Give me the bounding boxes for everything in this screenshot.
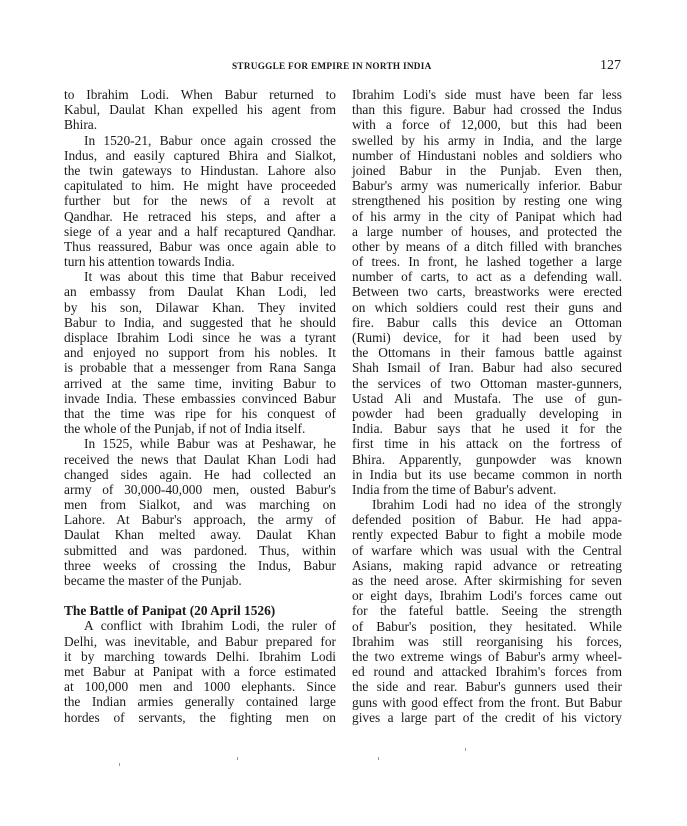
text-line: Ibrahim Lodi's side must have been far l… [352, 87, 622, 102]
text-line: is probable that a messenger from Rana S… [64, 360, 336, 375]
text-line: Ibrahim was still reorganising his force… [352, 634, 622, 649]
text-line: the two extreme wings of Babur's army wh… [352, 649, 622, 664]
text-line: at 100,000 men and 1000 elephants. Since [64, 679, 336, 694]
text-line: Daulat Khan melted away. Daulat Khan [64, 527, 336, 542]
text-line: fire. Babur calls this device an Ottoman [352, 315, 622, 330]
text-line: became the master of the Punjab. [64, 573, 336, 588]
text-line: Delhi, was inevitable, and Babur prepare… [64, 634, 336, 649]
text-line: army of 30,000-40,000 men, ousted Babur'… [64, 482, 336, 497]
scan-speck [465, 748, 466, 751]
text-line: as the need arose. After skirmishing for… [352, 573, 622, 588]
text-line: Asians, making rapid advance or retreati… [352, 558, 622, 573]
text-line: invade India. These embassies convinced … [64, 391, 336, 406]
text-line: Lahore. At Babur's approach, the army of [64, 512, 336, 527]
text-line: number of carts, to act as a defending w… [352, 269, 622, 284]
text-line: an embassy from Daulat Khan Lodi, led [64, 284, 336, 299]
text-line: three weeks of crossing the Indus, Babur [64, 558, 336, 573]
text-line: the Indian armies generally contained la… [64, 694, 336, 709]
text-line: or eight days, Ibrahim Lodi's forces cam… [352, 588, 622, 603]
text-line: Babur to India, and suggested that he sh… [64, 315, 336, 330]
running-title: STRUGGLE FOR EMPIRE IN NORTH INDIA [232, 61, 432, 71]
text-line: first time in his attack on the fortress… [352, 436, 622, 451]
text-line: the whole of the Punjab, if not of India… [64, 421, 336, 436]
text-line: in India but its use became common in no… [352, 467, 622, 482]
text-line: than this figure. Babur had crossed the … [352, 102, 622, 117]
text-line: a large number of houses, and protected … [352, 224, 622, 239]
text-line: rently expected Babur to fight a mobile … [352, 527, 622, 542]
text-line: met Babur at Panipat with a force estima… [64, 664, 336, 679]
text-line: of his army in the city of Panipat which… [352, 209, 622, 224]
text-line: In 1520-21, Babur once again crossed the [64, 133, 336, 148]
text-line: joined Babur in the Punjab. Even then, [352, 163, 622, 178]
right-column: Ibrahim Lodi's side must have been far l… [352, 87, 622, 725]
text-line: It was about this time that Babur receiv… [64, 269, 336, 284]
text-line: guns with good effect from the front. Bu… [352, 695, 622, 710]
scan-speck [378, 757, 379, 760]
text-line: number of Hindustani nobles and soldiers… [352, 148, 622, 163]
text-line: Bhira. [64, 117, 336, 132]
text-line: defended position of Babur. He had appa- [352, 512, 622, 527]
spacer [64, 588, 336, 603]
text-line: by his son, Dilawar Khan. They invited [64, 300, 336, 315]
text-line: Qandhar. He retraced his steps, and afte… [64, 209, 336, 224]
text-line: further but for the news of a revolt at [64, 193, 336, 208]
text-line: with a force of 12,000, but this had bee… [352, 117, 622, 132]
text-line: the twin gateways to Hindustan. Lahore a… [64, 163, 336, 178]
page-number: 127 [600, 58, 621, 74]
text-line: A conflict with Ibrahim Lodi, the ruler … [64, 618, 336, 633]
text-line: it by marching towards Delhi. Ibrahim Lo… [64, 649, 336, 664]
text-line: changed sides again. He had collected an [64, 467, 336, 482]
text-line: Thus reassured, Babur was once again abl… [64, 239, 336, 254]
text-line: Ibrahim Lodi had no idea of the strongly [352, 497, 622, 512]
text-line: on which soldiers could rest their guns … [352, 300, 622, 315]
text-line: gives a large part of the credit of his … [352, 710, 622, 725]
section-heading: The Battle of Panipat (20 April 1526) [64, 603, 336, 618]
running-header: STRUGGLE FOR EMPIRE IN NORTH INDIA 127 [0, 60, 687, 76]
text-line: received the news that Daulat Khan Lodi … [64, 452, 336, 467]
text-line: of trees. In front, he lashed together a… [352, 254, 622, 269]
text-line: Between two carts, breastworks were erec… [352, 284, 622, 299]
text-line: displace Ibrahim Lodi since he was a tyr… [64, 330, 336, 345]
text-line: to Ibrahim Lodi. When Babur returned to [64, 87, 336, 102]
text-line: powder had been gradually developing in [352, 406, 622, 421]
text-line: Indus, and easily captured Bhira and Sia… [64, 148, 336, 163]
text-line: (Rumi) device, for it had been used by [352, 330, 622, 345]
text-line: Ustad Ali and Mustafa. The use of gun- [352, 391, 622, 406]
text-line: for the fateful battle. Seeing the stren… [352, 603, 622, 618]
text-line: Bhira. Apparently, gunpowder was known [352, 452, 622, 467]
text-line: men from Sialkot, and was marching on [64, 497, 336, 512]
text-line: capitulated to him. He might have procee… [64, 178, 336, 193]
text-line: the services of two Ottoman master-gunne… [352, 376, 622, 391]
text-line: arrived at the same time, inviting Babur… [64, 376, 336, 391]
text-line: of Babur's position, they hesitated. Whi… [352, 619, 622, 634]
text-line: Kabul, Daulat Khan expelled his agent fr… [64, 102, 336, 117]
text-line: that the time was ripe for his conquest … [64, 406, 336, 421]
text-line: of warfare which was usual with the Cent… [352, 543, 622, 558]
text-line: In 1525, while Babur was at Peshawar, he [64, 436, 336, 451]
text-line: swelled by his army in India, and the la… [352, 133, 622, 148]
text-line: the Ottomans in their famous battle agai… [352, 345, 622, 360]
scan-speck [237, 757, 238, 760]
text-line: turn his attention towards India. [64, 254, 336, 269]
text-line: India from the time of Babur's advent. [352, 482, 622, 497]
left-column: to Ibrahim Lodi. When Babur returned toK… [64, 87, 336, 725]
text-line: and enjoyed no support from his nobles. … [64, 345, 336, 360]
text-line: submitted and was pardoned. Thus, within [64, 543, 336, 558]
scan-speck [119, 763, 120, 766]
text-line: other by means of a ditch filled with br… [352, 239, 622, 254]
text-line: Shah Ismail of Iran. Babur had also secu… [352, 360, 622, 375]
text-line: the side and rear. Babur's gunners used … [352, 679, 622, 694]
text-line: hordes of servants, the fighting men on [64, 710, 336, 725]
text-line: India. Babur says that he used it for th… [352, 421, 622, 436]
text-line: strengthened his position by resting one… [352, 193, 622, 208]
text-line: Babur's army was numerically inferior. B… [352, 178, 622, 193]
text-line: siege of a year and a half recaptured Qa… [64, 224, 336, 239]
text-line: ed round and attacked Ibrahim's forces f… [352, 664, 622, 679]
